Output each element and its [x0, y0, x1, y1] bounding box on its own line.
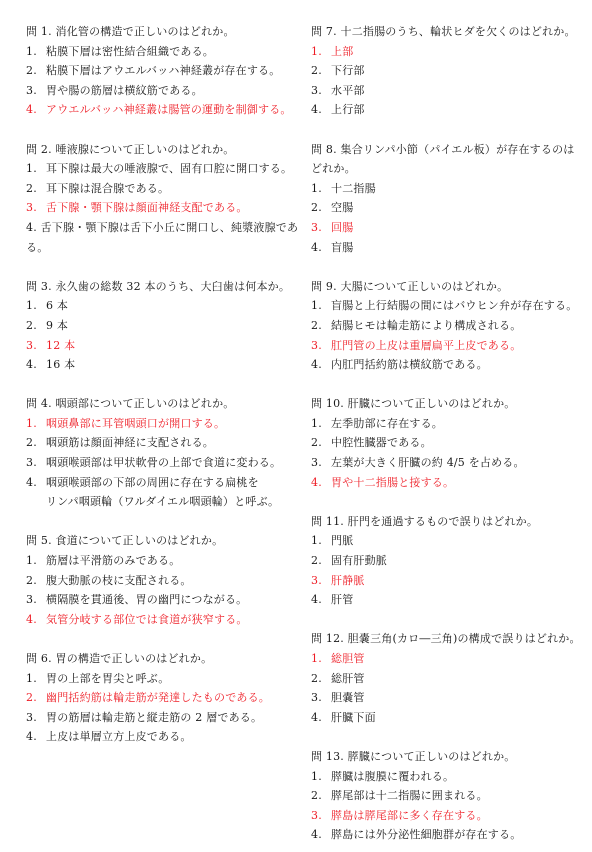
option-2: 2.膵尾部は十二指腸に囲まれる。 — [311, 786, 591, 806]
option-1: 1.十二指腸 — [311, 179, 591, 199]
question-title: 問 11. 肝門を通過するもので誤りはどれか。 — [311, 512, 591, 532]
question-title: 問 6. 胃の構造で正しいのはどれか。 — [26, 649, 306, 669]
option-2: 2.咽頭筋は顔面神経に支配される。 — [26, 433, 306, 453]
option-3: 3.胆嚢管 — [311, 688, 591, 708]
option-1-correct: 1.総胆管 — [311, 649, 591, 669]
option-2: 2.9 本 — [26, 316, 306, 336]
option-4: 4. 舌下腺・顎下腺は舌下小丘に開口し、純漿液腺であ — [26, 218, 306, 238]
question-title: 問 3. 永久歯の総数 32 本のうち、大臼歯は何本か。 — [26, 277, 306, 297]
option-2: 2.総肝管 — [311, 669, 591, 689]
option-1-correct: 1.上部 — [311, 42, 591, 62]
option-3: 3.水平部 — [311, 81, 591, 101]
question-title: 問 8. 集合リンパ小節（パイエル板）が存在するのは — [311, 140, 591, 160]
option-1-correct: 1.咽頭鼻部に耳管咽頭口が開口する。 — [26, 414, 306, 434]
option-1: 1.粘膜下層は密性結合組織である。 — [26, 42, 306, 62]
question-title: 問 12. 胆嚢三角(カロ―三角)の構成で誤りはどれか。 — [311, 629, 591, 649]
option-3-correct: 3.12 本 — [26, 336, 306, 356]
question-title: 問 2. 唾液腺について正しいのはどれか。 — [26, 140, 306, 160]
left-column: 問 1. 消化管の構造で正しいのはどれか。 1.粘膜下層は密性結合組織である。 … — [26, 22, 306, 747]
option-1: 1.胃の上部を胃尖と呼ぶ。 — [26, 669, 306, 689]
question-title: 問 4. 咽頭部について正しいのはどれか。 — [26, 394, 306, 414]
option-4: 4.咽頭喉頭部の下部の周囲に存在する扁桃を — [26, 473, 306, 493]
option-2-correct: 2.幽門括約筋は輪走筋が発達したものである。 — [26, 688, 306, 708]
option-3-correct: 3.肝静脈 — [311, 571, 591, 591]
option-4: 4.肝臓下面 — [311, 708, 591, 728]
option-4-continuation: リンパ咽頭輪（ワルダイエル咽頭輪）と呼ぶ。 — [26, 492, 306, 512]
option-2: 2.耳下腺は混合腺である。 — [26, 179, 306, 199]
question-2: 問 2. 唾液腺について正しいのはどれか。 1.耳下腺は最大の唾液腺で、固有口腔… — [26, 140, 306, 258]
option-1: 1.耳下腺は最大の唾液腺で、固有口腔に開口する。 — [26, 159, 306, 179]
option-1: 1.左季肋部に存在する。 — [311, 414, 591, 434]
option-3-correct: 3.膵島は膵尾部に多く存在する。 — [311, 806, 591, 826]
option-3-correct: 3.回腸 — [311, 218, 591, 238]
option-4: 4.膵島には外分泌性細胞群が存在する。 — [311, 825, 591, 845]
option-4: 4.内肛門括約筋は横紋筋である。 — [311, 355, 591, 375]
question-title: 問 5. 食道について正しいのはどれか。 — [26, 531, 306, 551]
option-1: 1.筋層は平滑筋のみである。 — [26, 551, 306, 571]
question-title: 問 1. 消化管の構造で正しいのはどれか。 — [26, 22, 306, 42]
option-1: 1.盲腸と上行結腸の間にはバウヒン弁が存在する。 — [311, 296, 591, 316]
option-2: 2.中腔性臓器である。 — [311, 433, 591, 453]
option-4-correct: 4.アウエルバッハ神経叢は腸管の運動を制御する。 — [26, 100, 306, 120]
option-1: 1.門脈 — [311, 531, 591, 551]
option-2: 2.粘膜下層はアウエルバッハ神経叢が存在する。 — [26, 61, 306, 81]
option-1: 1.膵臓は腹膜に覆われる。 — [311, 767, 591, 787]
question-title: 問 10. 肝臓について正しいのはどれか。 — [311, 394, 591, 414]
option-3: 3.横隔膜を貫通後、胃の幽門につながる。 — [26, 590, 306, 610]
option-4: 4.上皮は単層立方上皮である。 — [26, 727, 306, 747]
option-4-correct: 4.気管分岐する部位では食道が狭窄する。 — [26, 610, 306, 630]
question-4: 問 4. 咽頭部について正しいのはどれか。 1.咽頭鼻部に耳管咽頭口が開口する。… — [26, 394, 306, 512]
option-2: 2.腹大動脈の枝に支配される。 — [26, 571, 306, 591]
question-10: 問 10. 肝臓について正しいのはどれか。 1.左季肋部に存在する。 2.中腔性… — [311, 394, 591, 492]
option-4: 4.16 本 — [26, 355, 306, 375]
option-3: 3.胃や腸の筋層は横紋筋である。 — [26, 81, 306, 101]
option-3: 3.左葉が大きく肝臓の約 4/5 を占める。 — [311, 453, 591, 473]
option-4: 4.盲腸 — [311, 238, 591, 258]
question-5: 問 5. 食道について正しいのはどれか。 1.筋層は平滑筋のみである。 2.腹大… — [26, 531, 306, 629]
option-1: 1.6 本 — [26, 296, 306, 316]
question-7: 問 7. 十二指腸のうち、輪状ヒダを欠くのはどれか。 1.上部 2.下行部 3.… — [311, 22, 591, 120]
question-3: 問 3. 永久歯の総数 32 本のうち、大臼歯は何本か。 1.6 本 2.9 本… — [26, 277, 306, 375]
option-4-continuation: る。 — [26, 238, 306, 258]
question-13: 問 13. 膵臓について正しいのはどれか。 1.膵臓は腹膜に覆われる。 2.膵尾… — [311, 747, 591, 845]
question-title-continuation: どれか。 — [311, 159, 591, 179]
option-2: 2.結腸ヒモは輪走筋により構成される。 — [311, 316, 591, 336]
question-9: 問 9. 大腸について正しいのはどれか。 1.盲腸と上行結腸の間にはバウヒン弁が… — [311, 277, 591, 375]
question-title: 問 7. 十二指腸のうち、輪状ヒダを欠くのはどれか。 — [311, 22, 591, 42]
option-3-correct: 3.舌下腺・顎下腺は顔面神経支配である。 — [26, 198, 306, 218]
option-3: 3.胃の筋層は輪走筋と縦走筋の 2 層である。 — [26, 708, 306, 728]
option-3-correct: 3.肛門管の上皮は重層扁平上皮である。 — [311, 336, 591, 356]
option-2: 2.固有肝動脈 — [311, 551, 591, 571]
question-title: 問 9. 大腸について正しいのはどれか。 — [311, 277, 591, 297]
question-12: 問 12. 胆嚢三角(カロ―三角)の構成で誤りはどれか。 1.総胆管 2.総肝管… — [311, 629, 591, 727]
option-2: 2.下行部 — [311, 61, 591, 81]
option-3: 3.咽頭喉頭部は甲状軟骨の上部で食道に変わる。 — [26, 453, 306, 473]
option-4: 4.上行部 — [311, 100, 591, 120]
option-4-correct: 4.胃や十二指腸と接する。 — [311, 473, 591, 493]
question-1: 問 1. 消化管の構造で正しいのはどれか。 1.粘膜下層は密性結合組織である。 … — [26, 22, 306, 120]
question-6: 問 6. 胃の構造で正しいのはどれか。 1.胃の上部を胃尖と呼ぶ。 2.幽門括約… — [26, 649, 306, 747]
right-column: 問 7. 十二指腸のうち、輪状ヒダを欠くのはどれか。 1.上部 2.下行部 3.… — [311, 22, 591, 845]
question-11: 問 11. 肝門を通過するもので誤りはどれか。 1.門脈 2.固有肝動脈 3.肝… — [311, 512, 591, 610]
option-2: 2.空腸 — [311, 198, 591, 218]
option-4: 4.肝管 — [311, 590, 591, 610]
question-8: 問 8. 集合リンパ小節（パイエル板）が存在するのは どれか。 1.十二指腸 2… — [311, 140, 591, 258]
question-title: 問 13. 膵臓について正しいのはどれか。 — [311, 747, 591, 767]
